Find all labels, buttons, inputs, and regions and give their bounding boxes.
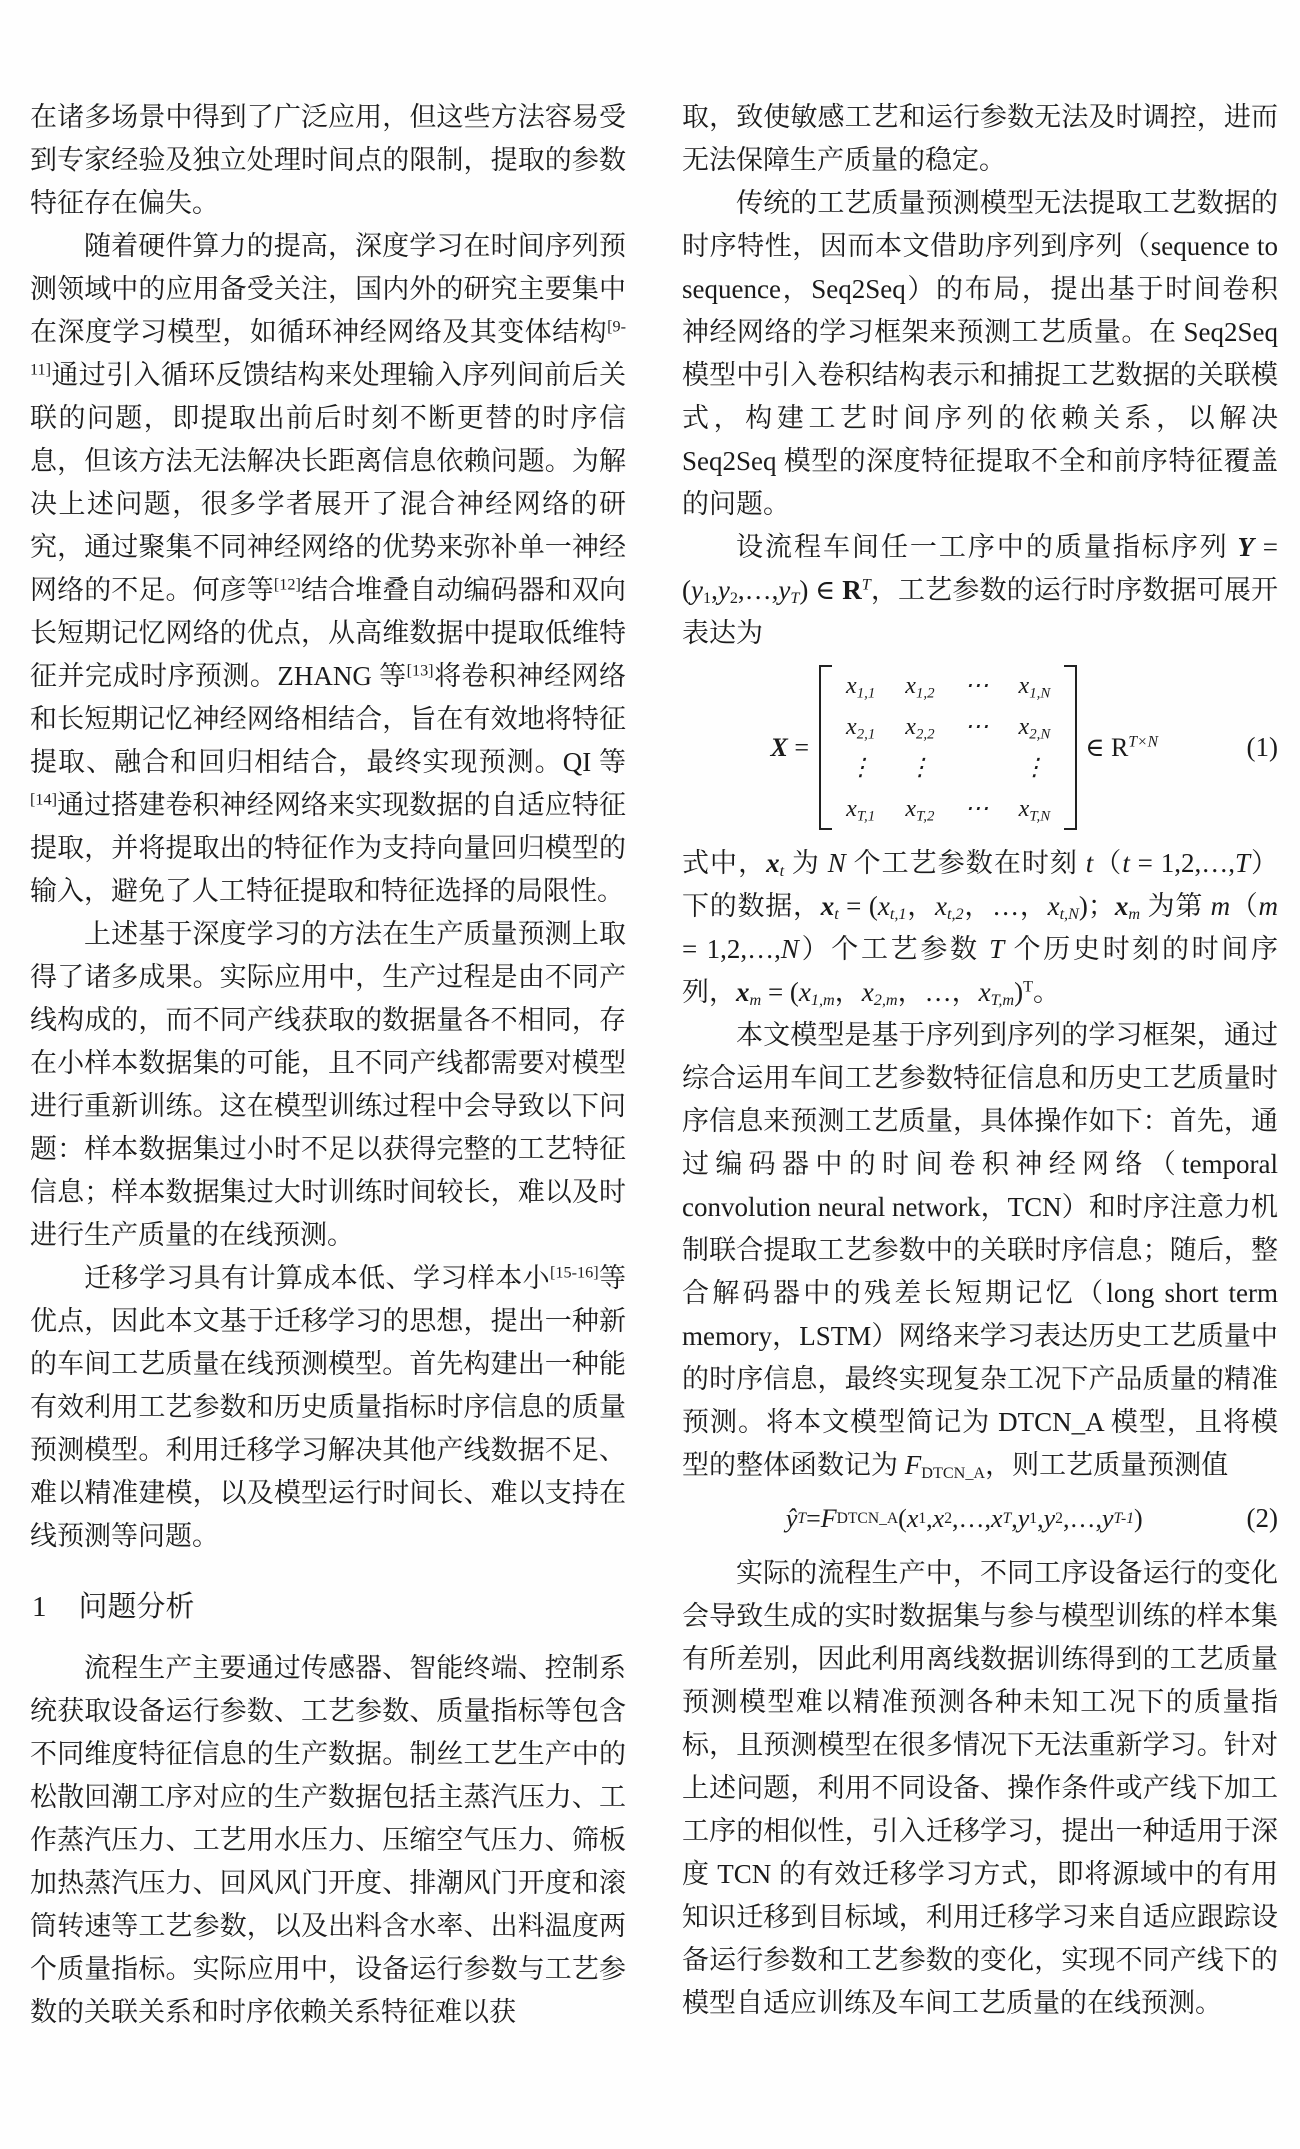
paragraph: 本文模型是基于序列到序列的学习框架，通过综合运用车间工艺参数特征信息和历史工艺质…	[682, 1014, 1278, 1487]
paragraph: 取，致使敏感工艺和运行参数无法及时调控，进而无法保障生产质量的稳定。	[682, 96, 1278, 182]
matrix-cell: x1,N	[1019, 673, 1051, 699]
right-column: 取，致使敏感工艺和运行参数无法及时调控，进而无法保障生产质量的稳定。 传统的工艺…	[682, 96, 1278, 2119]
paragraph: 实际的流程生产中，不同工序设备运行的变化会导致生成的实时数据集与参与模型训练的样…	[682, 1552, 1278, 2025]
matrix-cell: xT,1	[846, 796, 875, 822]
equation-1: X = x1,1 x1,2 ⋯ x1,N x2,1 x2,2 ⋯ x2,N ⋮ …	[682, 665, 1278, 830]
matrix-cells: x1,1 x1,2 ⋯ x1,N x2,1 x2,2 ⋯ x2,N ⋮ ⋮ ⋮ …	[832, 665, 1064, 830]
equation-2: ŷT = FDTCN_A(x1,x2,…,xT,y1,y2,…,yT-1) (2…	[682, 1497, 1278, 1540]
paragraph: 式中，xt 为 N 个工艺参数在时刻 t（t = 1,2,…,T）下的数据，xt…	[682, 842, 1278, 1014]
matrix-cell: x1,2	[905, 673, 934, 699]
matrix-cell: ⋮	[908, 755, 932, 781]
section-title: 问题分析	[79, 1586, 195, 1629]
paragraph: 流程生产主要通过传感器、智能终端、控制系统获取设备运行参数、工艺参数、质量指标等…	[30, 1647, 626, 2034]
matrix-cell: ⋯	[965, 714, 989, 740]
matrix-cell: xT,N	[1019, 796, 1050, 822]
equation-1-number: (1)	[1247, 726, 1278, 769]
section-number: 1	[32, 1586, 47, 1629]
section-heading: 1 问题分析	[32, 1586, 626, 1629]
paragraph: 在诸多场景中得到了广泛应用，但这些方法容易受到专家经验及独立处理时间点的限制，提…	[30, 96, 626, 225]
left-column: 在诸多场景中得到了广泛应用，但这些方法容易受到专家经验及独立处理时间点的限制，提…	[30, 96, 626, 2119]
matrix-cell: ⋯	[965, 673, 989, 699]
equation-2-number: (2)	[1247, 1497, 1278, 1540]
matrix-cell: ⋮	[1022, 755, 1046, 781]
matrix-right-bracket	[1064, 665, 1077, 830]
equation-1-rhs: ∈ RT×N	[1085, 726, 1158, 769]
matrix-cell: ⋯	[965, 796, 989, 822]
paragraph: 上述基于深度学习的方法在生产质量预测上取得了诸多成果。实际应用中，生产过程是由不…	[30, 913, 626, 1257]
paragraph: 设流程车间任一工序中的质量指标序列 Y = (y1,y2,…,yT) ∈ RT，…	[682, 526, 1278, 655]
matrix-cell: x2,2	[905, 714, 934, 740]
paragraph: 随着硬件算力的提高，深度学习在时间序列预测领域中的应用备受关注，国内外的研究主要…	[30, 225, 626, 913]
equation-1-lhs: X =	[771, 726, 810, 769]
matrix-cell: x2,N	[1019, 714, 1051, 740]
matrix-cell: ⋮	[849, 755, 873, 781]
paper-page: 在诸多场景中得到了广泛应用，但这些方法容易受到专家经验及独立处理时间点的限制，提…	[0, 0, 1300, 2149]
matrix: x1,1 x1,2 ⋯ x1,N x2,1 x2,2 ⋯ x2,N ⋮ ⋮ ⋮ …	[819, 665, 1077, 830]
equation-1-body: X = x1,1 x1,2 ⋯ x1,N x2,1 x2,2 ⋯ x2,N ⋮ …	[682, 665, 1247, 830]
matrix-cell: x2,1	[846, 714, 875, 740]
matrix-cell: x1,1	[846, 673, 875, 699]
matrix-cell: xT,2	[905, 796, 934, 822]
paragraph: 迁移学习具有计算成本低、学习样本小[15-16]等优点，因此本文基于迁移学习的思…	[30, 1257, 626, 1558]
equation-2-body: ŷT = FDTCN_A(x1,x2,…,xT,y1,y2,…,yT-1)	[682, 1497, 1247, 1540]
matrix-left-bracket	[819, 665, 832, 830]
paragraph: 传统的工艺质量预测模型无法提取工艺数据的时序特性，因而本文借助序列到序列（seq…	[682, 182, 1278, 526]
